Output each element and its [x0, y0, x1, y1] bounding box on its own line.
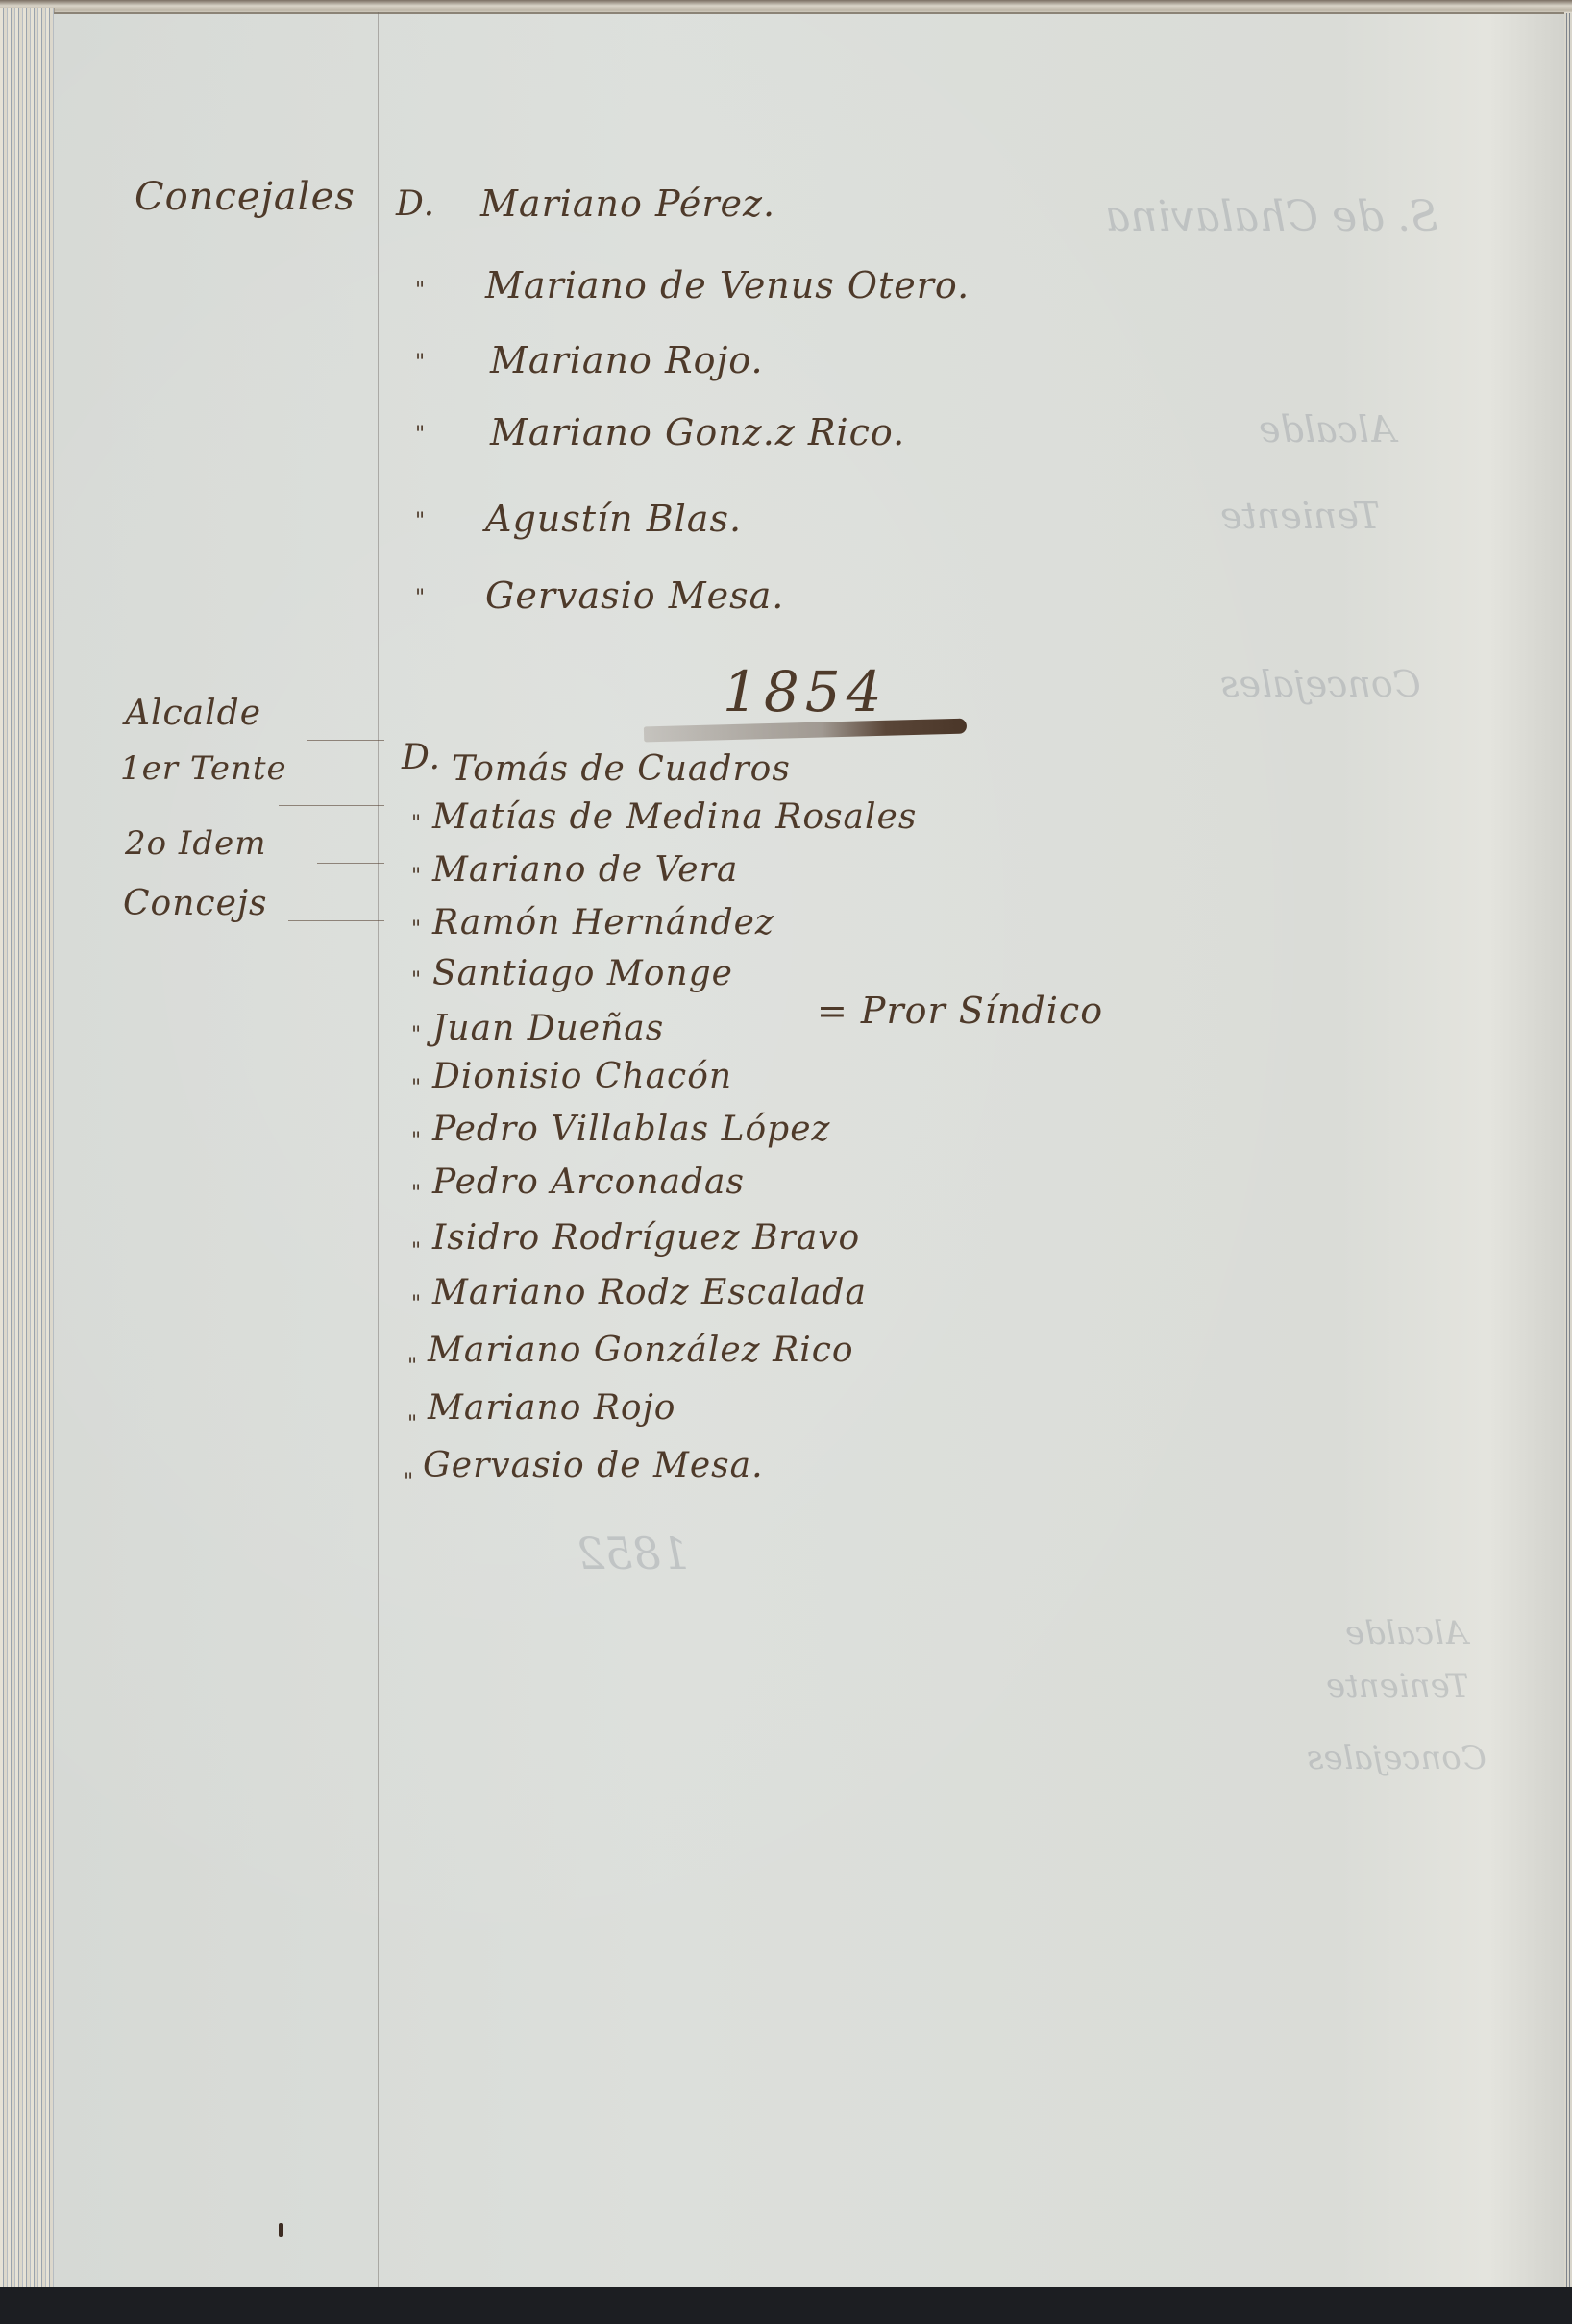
ditto-mark: "	[404, 1470, 413, 1494]
entry-prefix: D.	[402, 738, 441, 777]
ditto-mark: "	[411, 917, 421, 942]
ditto-mark: "	[411, 1239, 421, 1263]
ditto-mark: "	[415, 279, 425, 303]
bleed-through-line: Alcalde	[1259, 408, 1396, 451]
ditto-mark: "	[407, 1412, 417, 1436]
bleed-through-line: Concejales	[1307, 1739, 1486, 1777]
council-member-name: Juan Dueñas	[432, 1009, 664, 1048]
ditto-mark: "	[415, 509, 425, 533]
scan-background	[0, 2287, 1572, 2324]
bleed-through-header: S. de Chalavina	[1105, 192, 1438, 241]
council-member-name: Mariano de Venus Otero.	[485, 264, 970, 306]
bracket-line	[317, 863, 384, 864]
council-member-name: Santiago Monge	[432, 954, 733, 993]
bleed-through-year: 1852	[577, 1528, 689, 1579]
ditto-mark: "	[415, 586, 425, 610]
ditto-mark: "	[407, 1355, 417, 1379]
bleed-through-line: Alcalde	[1345, 1614, 1468, 1652]
council-member-name: Mariano González Rico	[428, 1331, 854, 1370]
council-member-name: Mariano de Vera	[432, 850, 738, 890]
ditto-mark: "	[411, 1292, 421, 1316]
council-member-name: Tomás de Cuadros	[452, 749, 791, 789]
council-member-name: Mariano Gonz.z Rico.	[490, 411, 905, 453]
council-member-name: Mariano Rojo.	[490, 339, 764, 381]
margin-label-concejales: Concejs	[123, 884, 268, 923]
ditto-mark: "	[415, 351, 425, 375]
ink-blot	[279, 2223, 283, 2237]
council-member-name: Mariano Pérez.	[480, 183, 775, 225]
margin-label-segundo-idem: 2o Idem	[125, 824, 266, 863]
council-member-name: Gervasio Mesa.	[485, 575, 784, 617]
margin-rule-line	[378, 12, 379, 2287]
council-member-name: Mariano Rodz Escalada	[432, 1273, 867, 1312]
ditto-mark: "	[411, 1023, 421, 1047]
council-member-name: Dionisio Chacón	[432, 1057, 732, 1096]
ditto-mark: "	[411, 865, 421, 889]
bleed-through-line: Concejales	[1220, 663, 1421, 705]
council-member-name: Isidro Rodríguez Bravo	[432, 1218, 860, 1258]
council-member-name: Matías de Medina Rosales	[432, 797, 917, 837]
page-stack-edge-left	[0, 8, 55, 2287]
bleed-through-line: Teniente	[1220, 495, 1380, 537]
ditto-mark: "	[411, 968, 421, 992]
ditto-mark: "	[411, 812, 421, 836]
bracket-line	[279, 805, 384, 806]
bracket-line	[307, 740, 384, 741]
page-stack-edge-right	[1564, 13, 1572, 2287]
bracket-line	[288, 920, 384, 921]
margin-label-alcalde: Alcalde	[125, 694, 261, 733]
ditto-mark: "	[411, 1076, 421, 1100]
ditto-mark: "	[411, 1129, 421, 1153]
council-member-name: Ramón Hernández	[432, 903, 774, 942]
ditto-mark: "	[411, 1182, 421, 1206]
council-member-name: Agustín Blas.	[485, 498, 742, 540]
ditto-mark: "	[415, 423, 425, 447]
council-member-name: Mariano Rojo	[428, 1388, 675, 1428]
council-member-name: Pedro Villablas López	[432, 1110, 831, 1149]
margin-label-concejales: Concejales	[135, 175, 356, 219]
role-annotation-procurador-sindico: = Pror Síndico	[817, 990, 1103, 1032]
manuscript-page	[54, 12, 1564, 2287]
entry-prefix: D.	[396, 184, 435, 224]
margin-label-primer-teniente: 1er Tente	[120, 749, 287, 788]
council-member-name: Pedro Arconadas	[432, 1162, 745, 1202]
council-member-name: Gervasio de Mesa.	[423, 1446, 764, 1485]
year-heading: 1854	[723, 659, 888, 724]
bleed-through-line: Teniente	[1326, 1667, 1469, 1705]
